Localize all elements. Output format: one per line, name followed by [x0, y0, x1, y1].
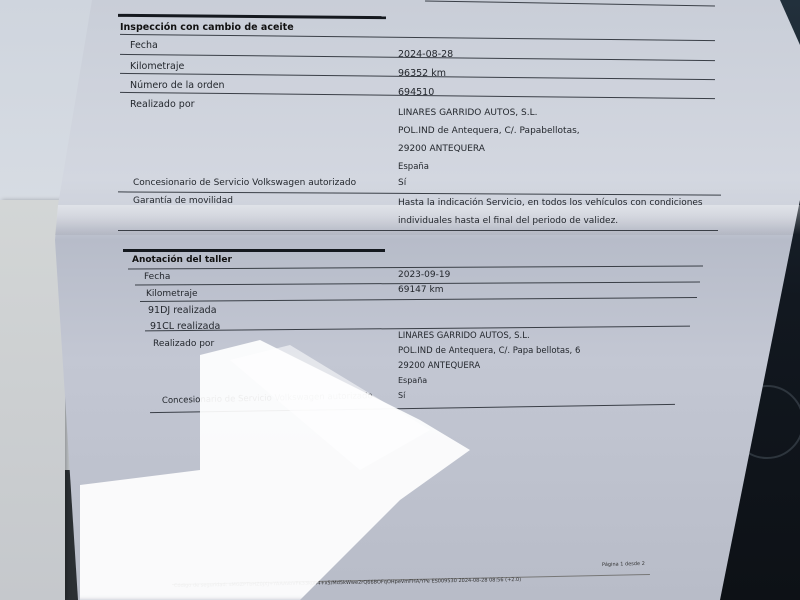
section-title-workshop-note: Anotación del taller [132, 255, 232, 265]
value-kilometraje-taller: 69147 km [398, 285, 443, 295]
label-91dj-realizada: 91DJ realizada [148, 305, 217, 316]
section-divider [118, 14, 386, 19]
value-realizado-por-taller-line-4: España [398, 376, 427, 385]
value-realizado-por-taller-line-2: POL.IND de Antequera, C/. Papa bellotas,… [398, 346, 580, 356]
value-garantia-line-1: Hasta la indicación Servicio, en todos l… [398, 198, 703, 208]
value-realizado-por-line-2: POL.IND de Antequera, C/. Papabellotas, [398, 126, 580, 136]
value-kilometraje: 96352 km [398, 68, 446, 79]
value-fecha-taller: 2023-09-19 [398, 270, 450, 280]
section-divider [123, 249, 385, 252]
label-realizado-por: Realizado por [130, 99, 195, 110]
label-concesionario: Concesionario de Servicio Volkswagen aut… [133, 178, 356, 188]
rule [120, 34, 715, 41]
label-realizado-por-taller: Realizado por [153, 339, 214, 349]
label-kilometraje-taller: Kilometraje [146, 289, 198, 299]
value-realizado-por-line-4: España [398, 162, 429, 172]
label-fecha-taller: Fecha [144, 272, 170, 282]
value-realizado-por-line-1: LINARES GARRIDO AUTOS, S.L. [398, 108, 537, 118]
page-number: Página 1 desde 2 [602, 561, 645, 568]
value-numero-orden: 694510 [398, 87, 434, 98]
value-concesionario: Sí [398, 178, 406, 188]
rule [118, 191, 721, 195]
value-garantia-line-2: individuales hasta el final del periodo … [398, 216, 618, 226]
section-title-inspection: Inspección con cambio de aceite [120, 22, 294, 33]
value-realizado-por-taller-line-1: LINARES GARRIDO AUTOS, S.L. [398, 331, 530, 341]
rule [118, 230, 718, 231]
label-fecha: Fecha [130, 40, 158, 51]
rule [425, 0, 715, 6]
value-realizado-por-line-3: 29200 ANTEQUERA [398, 144, 485, 154]
label-kilometraje: Kilometraje [130, 61, 184, 72]
label-garantia-movilidad: Garantía de movilidad [133, 196, 233, 206]
rule [128, 265, 703, 269]
value-realizado-por-taller-line-3: 29200 ANTEQUERA [398, 361, 480, 371]
label-numero-orden: Número de la orden [130, 80, 225, 91]
value-fecha: 2024-08-28 [398, 49, 453, 60]
value-concesionario-taller: Sí [398, 391, 405, 400]
rule [140, 297, 697, 302]
